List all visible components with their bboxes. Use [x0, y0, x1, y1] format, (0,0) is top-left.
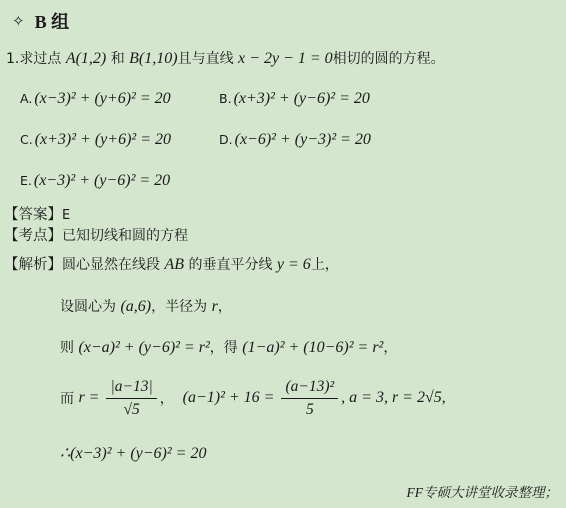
- option-a-label: A.: [20, 91, 32, 106]
- squared-fraction: (a−13)² 5: [281, 377, 338, 419]
- analysis-line-1: 【解析】 圆心显然在线段 AB 的垂直平分线 y = 6 上，: [4, 253, 339, 274]
- option-b-formula: (x+3)² + (y−6)² = 20: [234, 90, 370, 108]
- analysis-line-3: 则 (x−a)² + (y−6)² = r² ，得 (1−a)² + (10−6…: [60, 337, 397, 357]
- concept-tag: 【考点】: [4, 224, 62, 245]
- point-a-formula: A(1,2): [66, 50, 106, 68]
- section-header: ✧ B 组: [12, 8, 69, 34]
- center-formula: (a,6): [120, 298, 151, 316]
- analysis-line-4: 而 r = |a−13| √5 ， (a−1)² + 16 = (a−13)² …: [60, 374, 446, 422]
- quadratic-equation: (a−1)² + 16 =: [183, 389, 279, 407]
- concept-line: 【考点】 已知切线和圆的方程: [4, 224, 188, 245]
- analysis-text: 而: [60, 388, 78, 408]
- radius-equals: r =: [78, 389, 103, 407]
- analysis-text: 则: [60, 337, 78, 357]
- problem-statement: 1.求过点 A(1,2) 和 B(1,10) 且与直线 x − 2y − 1 =…: [6, 48, 445, 68]
- analysis-tag: 【解析】: [4, 253, 62, 274]
- analysis-text: 圆心显然在线段: [62, 254, 164, 274]
- option-e-label: E.: [20, 173, 32, 188]
- option-e: E. (x−3)² + (y−6)² = 20: [20, 172, 170, 190]
- answer-line: 【答案】 E: [4, 203, 70, 224]
- option-b-label: B.: [219, 91, 232, 106]
- point-b-formula: B(1,10): [129, 50, 177, 68]
- circle-general-equation: (x−a)² + (y−6)² = r²: [78, 339, 209, 357]
- problem-text: 相切的圆的方程。: [333, 48, 445, 68]
- option-d: D. (x−6)² + (y−3)² = 20: [219, 131, 371, 149]
- fraction-numerator: |a−13|: [106, 377, 156, 398]
- option-a: A. (x−3)² + (y+6)² = 20: [20, 90, 171, 108]
- option-e-formula: (x−3)² + (y−6)² = 20: [34, 172, 170, 190]
- fraction-numerator: (a−13)²: [281, 377, 338, 398]
- worksheet-page: ✧ B 组 1.求过点 A(1,2) 和 B(1,10) 且与直线 x − 2y…: [0, 0, 566, 508]
- option-a-formula: (x−3)² + (y+6)² = 20: [34, 90, 170, 108]
- option-b: B. (x+3)² + (y−6)² = 20: [219, 90, 370, 108]
- diamond-icon: ✧: [12, 12, 25, 30]
- problem-text: 和: [106, 48, 129, 68]
- option-c-label: C.: [20, 132, 33, 147]
- segment-ab: AB: [164, 256, 184, 274]
- fraction-denominator: 5: [306, 399, 314, 419]
- line-equation: x − 2y − 1 = 0: [238, 50, 333, 68]
- substituted-equation: (1−a)² + (10−6)² = r²: [242, 339, 383, 357]
- option-d-formula: (x−6)² + (y−3)² = 20: [235, 131, 371, 149]
- option-c-formula: (x+3)² + (y+6)² = 20: [35, 131, 171, 149]
- bisector-equation: y = 6: [277, 256, 311, 274]
- fraction-denominator: √5: [123, 399, 139, 419]
- analysis-text: ，: [160, 388, 183, 408]
- analysis-line-5: ∴(x−3)² + (y−6)² = 20: [60, 443, 206, 463]
- solution-values: , a = 3, r = 2√5,: [341, 389, 446, 407]
- analysis-text: ，得: [210, 337, 242, 357]
- problem-text: 且与直线: [178, 48, 238, 68]
- analysis-text: ，半径为: [151, 296, 211, 316]
- analysis-text: 上，: [311, 254, 339, 274]
- analysis-text: 设圆心为: [60, 296, 120, 316]
- option-d-label: D.: [219, 132, 233, 147]
- final-circle-equation: ∴(x−3)² + (y−6)² = 20: [60, 443, 206, 463]
- problem-text: 1.求过点: [6, 48, 66, 68]
- option-c: C. (x+3)² + (y+6)² = 20: [20, 131, 171, 149]
- answer-value: E: [62, 208, 70, 223]
- footer-credit: FF专硕大讲堂收录整理；: [407, 481, 559, 501]
- analysis-line-2: 设圆心为 (a,6) ，半径为 r ，: [60, 296, 232, 316]
- answer-tag: 【答案】: [4, 203, 62, 224]
- analysis-text: ，: [218, 296, 232, 316]
- analysis-text: 的垂直平分线: [184, 254, 277, 274]
- concept-value: 已知切线和圆的方程: [62, 225, 188, 245]
- analysis-text: ，: [383, 337, 397, 357]
- distance-fraction: |a−13| √5: [106, 377, 156, 419]
- section-title: B 组: [35, 8, 70, 34]
